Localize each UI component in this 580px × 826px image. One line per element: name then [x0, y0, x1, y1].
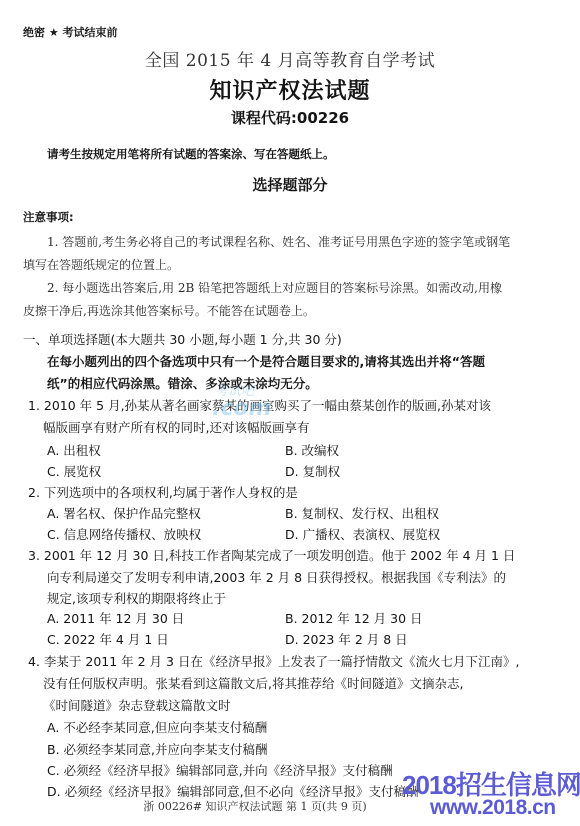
question-1-option-a: A. 出租权: [47, 441, 101, 459]
question-4-option-b: B. 必须经李某同意,并应向李某支付稿酬: [47, 740, 268, 758]
question-2-option-b: B. 复制权、发行权、出租权: [285, 504, 439, 522]
section-description-line-1: 在每小题列出的四个备选项中只有一个是符合题目要求的,请将其选出并将“答题: [47, 352, 485, 370]
subject-title: 知识产权法试题: [0, 74, 580, 105]
notice-item-1-line-1: 1. 答题前,考生务必将自己的考试课程名称、姓名、准考证号用黑色字迹的签字笔或钢…: [47, 233, 510, 250]
question-3-stem-line-2: 向专利局递交了发明专利申请,2003 年 2 月 8 日获得授权。根据我国《专利…: [47, 568, 506, 586]
course-code: 课程代码:00226: [0, 107, 580, 128]
question-2-option-d: D. 广播权、表演权、展览权: [285, 525, 440, 543]
question-1-option-c: C. 展览权: [47, 462, 101, 480]
question-4-stem-line-3: 《时间隧道》杂志登载这篇散文时: [43, 696, 231, 714]
question-4-option-a: A. 不必经李某同意,但应向李某支付稿酬: [47, 718, 267, 736]
question-2-option-c: C. 信息网络传播权、放映权: [47, 525, 201, 543]
question-3-option-a: A. 2011 年 12 月 30 日: [47, 609, 184, 627]
question-4-stem-line-1: 4. 李某于 2011 年 2 月 3 日在《经济早报》上发表了一篇抒情散文《流…: [28, 652, 519, 670]
question-3-stem-line-3: 规定,该项专利权的期限将终止于: [47, 589, 226, 607]
center-watermark: .com: [212, 396, 271, 421]
question-4-option-c: C. 必须经《经济早报》编辑部同意,并向《经济早报》支付稿酬: [47, 761, 393, 779]
question-3-option-d: D. 2023 年 2 月 8 日: [285, 630, 408, 648]
part-title: 选择题部分: [0, 174, 580, 195]
notice-item-2-line-1: 2. 每小题选出答案后,用 2B 铅笔把答题纸上对应题目的答案标号涂黑。如需改动…: [47, 279, 502, 296]
question-2-option-a: A. 署名权、保护作品完整权: [47, 504, 201, 522]
url-watermark: www.2018.cn: [430, 796, 556, 820]
exam-title: 全国 2015 年 4 月高等教育自学考试: [0, 46, 580, 71]
question-1-option-b: B. 改编权: [285, 441, 339, 459]
answer-instruction: 请考生按规定用笔将所有试题的答案涂、写在答题纸上。: [47, 146, 335, 162]
question-2-stem-line-1: 2. 下列选项中的各项权利,均属于著作人身权的是: [28, 483, 298, 501]
section-heading: 一、单项选择题(本大题共 30 小题,每小题 1 分,共 30 分): [23, 330, 342, 348]
question-3-option-c: C. 2022 年 4 月 1 日: [47, 630, 169, 648]
question-4-stem-line-2: 没有任何版权声明。张某看到这篇散文后,将其推荐给《时间隧道》文摘杂志,: [43, 674, 463, 692]
question-3-stem-line-1: 3. 2001 年 12 月 30 日,科技工作者陶某完成了一项发明创造。他于 …: [28, 546, 515, 564]
question-3-option-b: B. 2012 年 12 月 30 日: [285, 609, 423, 627]
question-1-option-d: D. 复制权: [285, 462, 340, 480]
notice-item-1-line-2: 填写在答题纸规定的位置上。: [23, 256, 179, 273]
confidential-label: 绝密 ★ 考试结束前: [23, 24, 118, 40]
notice-heading: 注意事项:: [23, 209, 74, 225]
section-description-line-2: 纸”的相应代码涂黑。错涂、多涂或未涂均无分。: [47, 374, 318, 392]
notice-item-2-line-2: 皮擦干净后,再选涂其他答案标号。不能答在试题卷上。: [23, 302, 315, 319]
